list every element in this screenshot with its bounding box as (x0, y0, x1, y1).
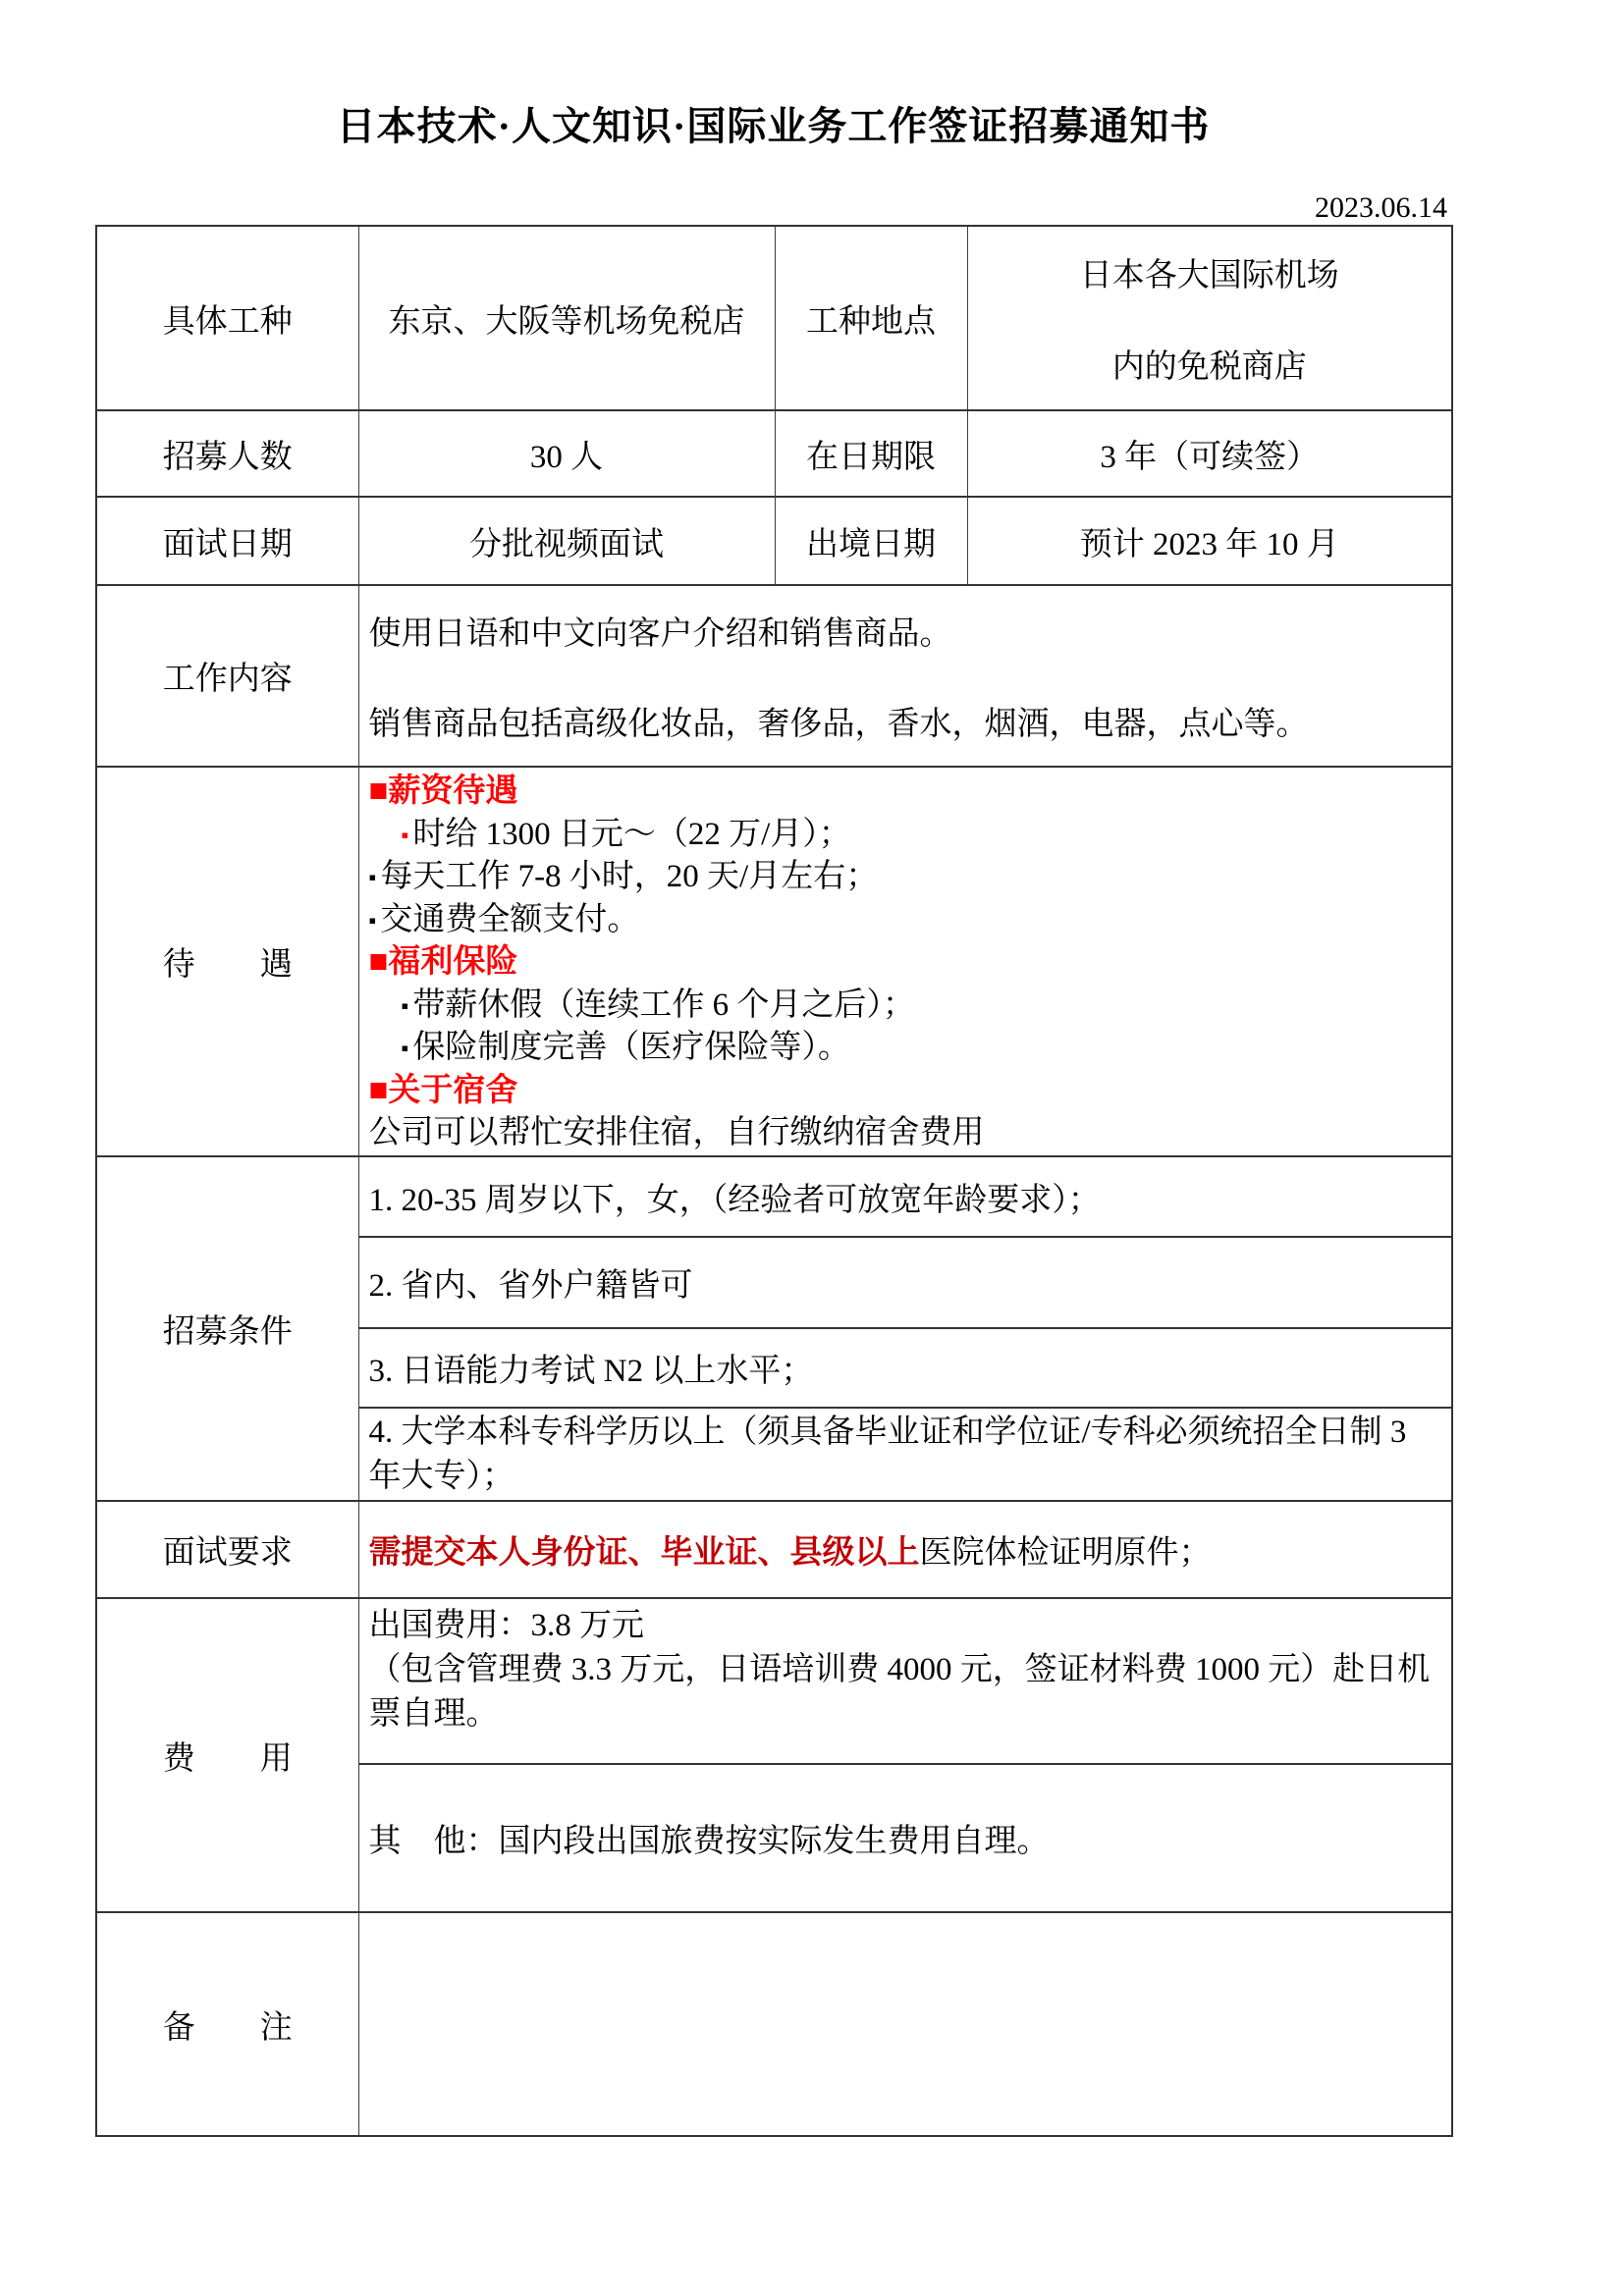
salary-item-2-text: 每天工作 7-8 小时，20 天/月左右； (380, 859, 878, 894)
job-location-value: 日本各大国际机场 内的免税商店 (968, 227, 1452, 409)
table-row: 具体工种 东京、大阪等机场免税店 工种地点 日本各大国际机场 内的免税商店 (96, 226, 1452, 410)
requirement-item-4: 4. 大学本科专科学历以上（须具备毕业证和学位证/专科必须统招全日制 3 年大专… (358, 1408, 1452, 1501)
job-content-label: 工作内容 (96, 585, 358, 767)
remarks-label: 备 注 (96, 1912, 358, 2136)
interview-requirement-highlight: 需提交本人身份证、毕业证、县级以上 (369, 1535, 920, 1571)
departure-date-value: 预计 2023 年 10 月 (967, 497, 1452, 585)
bullet-icon: ▪ (402, 1036, 413, 1060)
treatment-cell: ■薪资待遇 ▪时给 1300 日元～（22 万/月）； ▪每天工作 7-8 小时… (358, 767, 1452, 1156)
welfare-item-2: ▪保险制度完善（医疗保险等）。 (369, 1027, 1446, 1070)
interview-requirement-rest: 医院体检证明原件； (920, 1535, 1212, 1571)
interview-date-value: 分批视频面试 (358, 497, 775, 585)
welfare-item-1: ▪带薪休假（连续工作 6 个月之后）； (369, 985, 1446, 1028)
headcount-label: 招募人数 (96, 410, 358, 497)
job-location-line1: 日本各大国际机场 (1080, 249, 1339, 295)
table-row: 工作内容 使用日语和中文向客户介绍和销售商品。 销售商品包括高级化妆品，奢侈品，… (96, 585, 1452, 767)
document-date: 2023.06.14 (95, 190, 1447, 225)
requirement-item-1: 1. 20-35 周岁以下，女，（经验者可放宽年龄要求）； (358, 1156, 1452, 1237)
welfare-section-heading: ■福利保险 (369, 941, 1446, 985)
document-page: 日本技术·人文知识·国际业务工作签证招募通知书 2023.06.14 具体工种 … (0, 0, 1624, 2296)
job-location-line2: 内的免税商店 (1112, 341, 1307, 387)
stay-period-label: 在日期限 (775, 410, 967, 497)
recruitment-table: 具体工种 东京、大阪等机场免税店 工种地点 日本各大国际机场 内的免税商店 招募… (95, 225, 1453, 2137)
interview-date-label: 面试日期 (96, 497, 358, 585)
treatment-label: 待 遇 (96, 767, 358, 1156)
fees-amount: 出国费用：3.8 万元 (369, 1604, 1446, 1648)
fees-breakdown: （包含管理费 3.3 万元，日语培训费 4000 元，签证材料费 1000 元）… (369, 1648, 1446, 1736)
salary-section-heading: ■薪资待遇 (369, 771, 1446, 814)
interview-requirement-cell: 需提交本人身份证、毕业证、县级以上医院体检证明原件； (358, 1501, 1452, 1598)
table-row: 招募人数 30 人 在日期限 3 年（可续签） (96, 410, 1452, 497)
fees-main-cell: 出国费用：3.8 万元 （包含管理费 3.3 万元，日语培训费 4000 元，签… (358, 1598, 1452, 1764)
stay-period-value: 3 年（可续签） (967, 410, 1452, 497)
job-content-para2: 销售商品包括高级化妆品，奢侈品，香水，烟酒，电器，点心等。 (369, 698, 1446, 744)
departure-date-label: 出境日期 (775, 497, 967, 585)
remarks-cell (358, 1912, 1452, 2136)
salary-item-1-text: 时给 1300 日元～（22 万/月）； (412, 817, 850, 852)
dormitory-section-heading: ■关于宿舍 (369, 1070, 1446, 1113)
bullet-icon: ▪ (402, 993, 413, 1018)
job-location-cell: 日本各大国际机场 内的免税商店 (967, 226, 1452, 410)
fees-other-cell: 其 他：国内段出国旅费按实际发生费用自理。 (358, 1764, 1452, 1912)
requirement-item-2: 2. 省内、省外户籍皆可 (358, 1237, 1452, 1328)
job-type-value: 东京、大阪等机场免税店 (358, 226, 775, 410)
welfare-item-2-text: 保险制度完善（医疗保险等）。 (412, 1030, 850, 1065)
salary-item-3: ▪交通费全额支付。 (369, 899, 1446, 942)
table-row: 备 注 (96, 1912, 1452, 2136)
interview-requirement-label: 面试要求 (96, 1501, 358, 1598)
table-row: 面试要求 需提交本人身份证、毕业证、县级以上医院体检证明原件； (96, 1501, 1452, 1598)
headcount-value: 30 人 (358, 410, 775, 497)
table-row: 面试日期 分批视频面试 出境日期 预计 2023 年 10 月 (96, 497, 1452, 585)
job-location-label: 工种地点 (775, 226, 967, 410)
dormitory-note: 公司可以帮忙安排住宿，自行缴纳宿舍费用 (369, 1112, 1446, 1155)
page-title: 日本技术·人文知识·国际业务工作签证招募通知书 (95, 0, 1451, 149)
table-row: 待 遇 ■薪资待遇 ▪时给 1300 日元～（22 万/月）； ▪每天工作 7-… (96, 767, 1452, 1156)
bullet-icon: ▪ (369, 908, 381, 933)
table-row: 费 用 出国费用：3.8 万元 （包含管理费 3.3 万元，日语培训费 4000… (96, 1598, 1452, 1764)
job-type-label: 具体工种 (96, 226, 358, 410)
bullet-icon: ▪ (369, 865, 381, 889)
salary-item-3-text: 交通费全额支付。 (380, 902, 639, 937)
salary-item-2: ▪每天工作 7-8 小时，20 天/月左右； (369, 856, 1446, 899)
requirement-item-3: 3. 日语能力考试 N2 以上水平； (358, 1328, 1452, 1408)
welfare-item-1-text: 带薪休假（连续工作 6 个月之后）； (412, 988, 915, 1023)
job-content-para1: 使用日语和中文向客户介绍和销售商品。 (369, 608, 1446, 654)
job-content-text: 使用日语和中文向客户介绍和销售商品。 销售商品包括高级化妆品，奢侈品，香水，烟酒… (369, 586, 1446, 766)
fees-label: 费 用 (96, 1598, 358, 1912)
table-row: 招募条件 1. 20-35 周岁以下，女，（经验者可放宽年龄要求）； (96, 1156, 1452, 1237)
job-content-cell: 使用日语和中文向客户介绍和销售商品。 销售商品包括高级化妆品，奢侈品，香水，烟酒… (358, 585, 1452, 767)
salary-item-1: ▪时给 1300 日元～（22 万/月）； (369, 814, 1446, 857)
bullet-icon: ▪ (402, 823, 413, 847)
requirements-label: 招募条件 (96, 1156, 358, 1501)
